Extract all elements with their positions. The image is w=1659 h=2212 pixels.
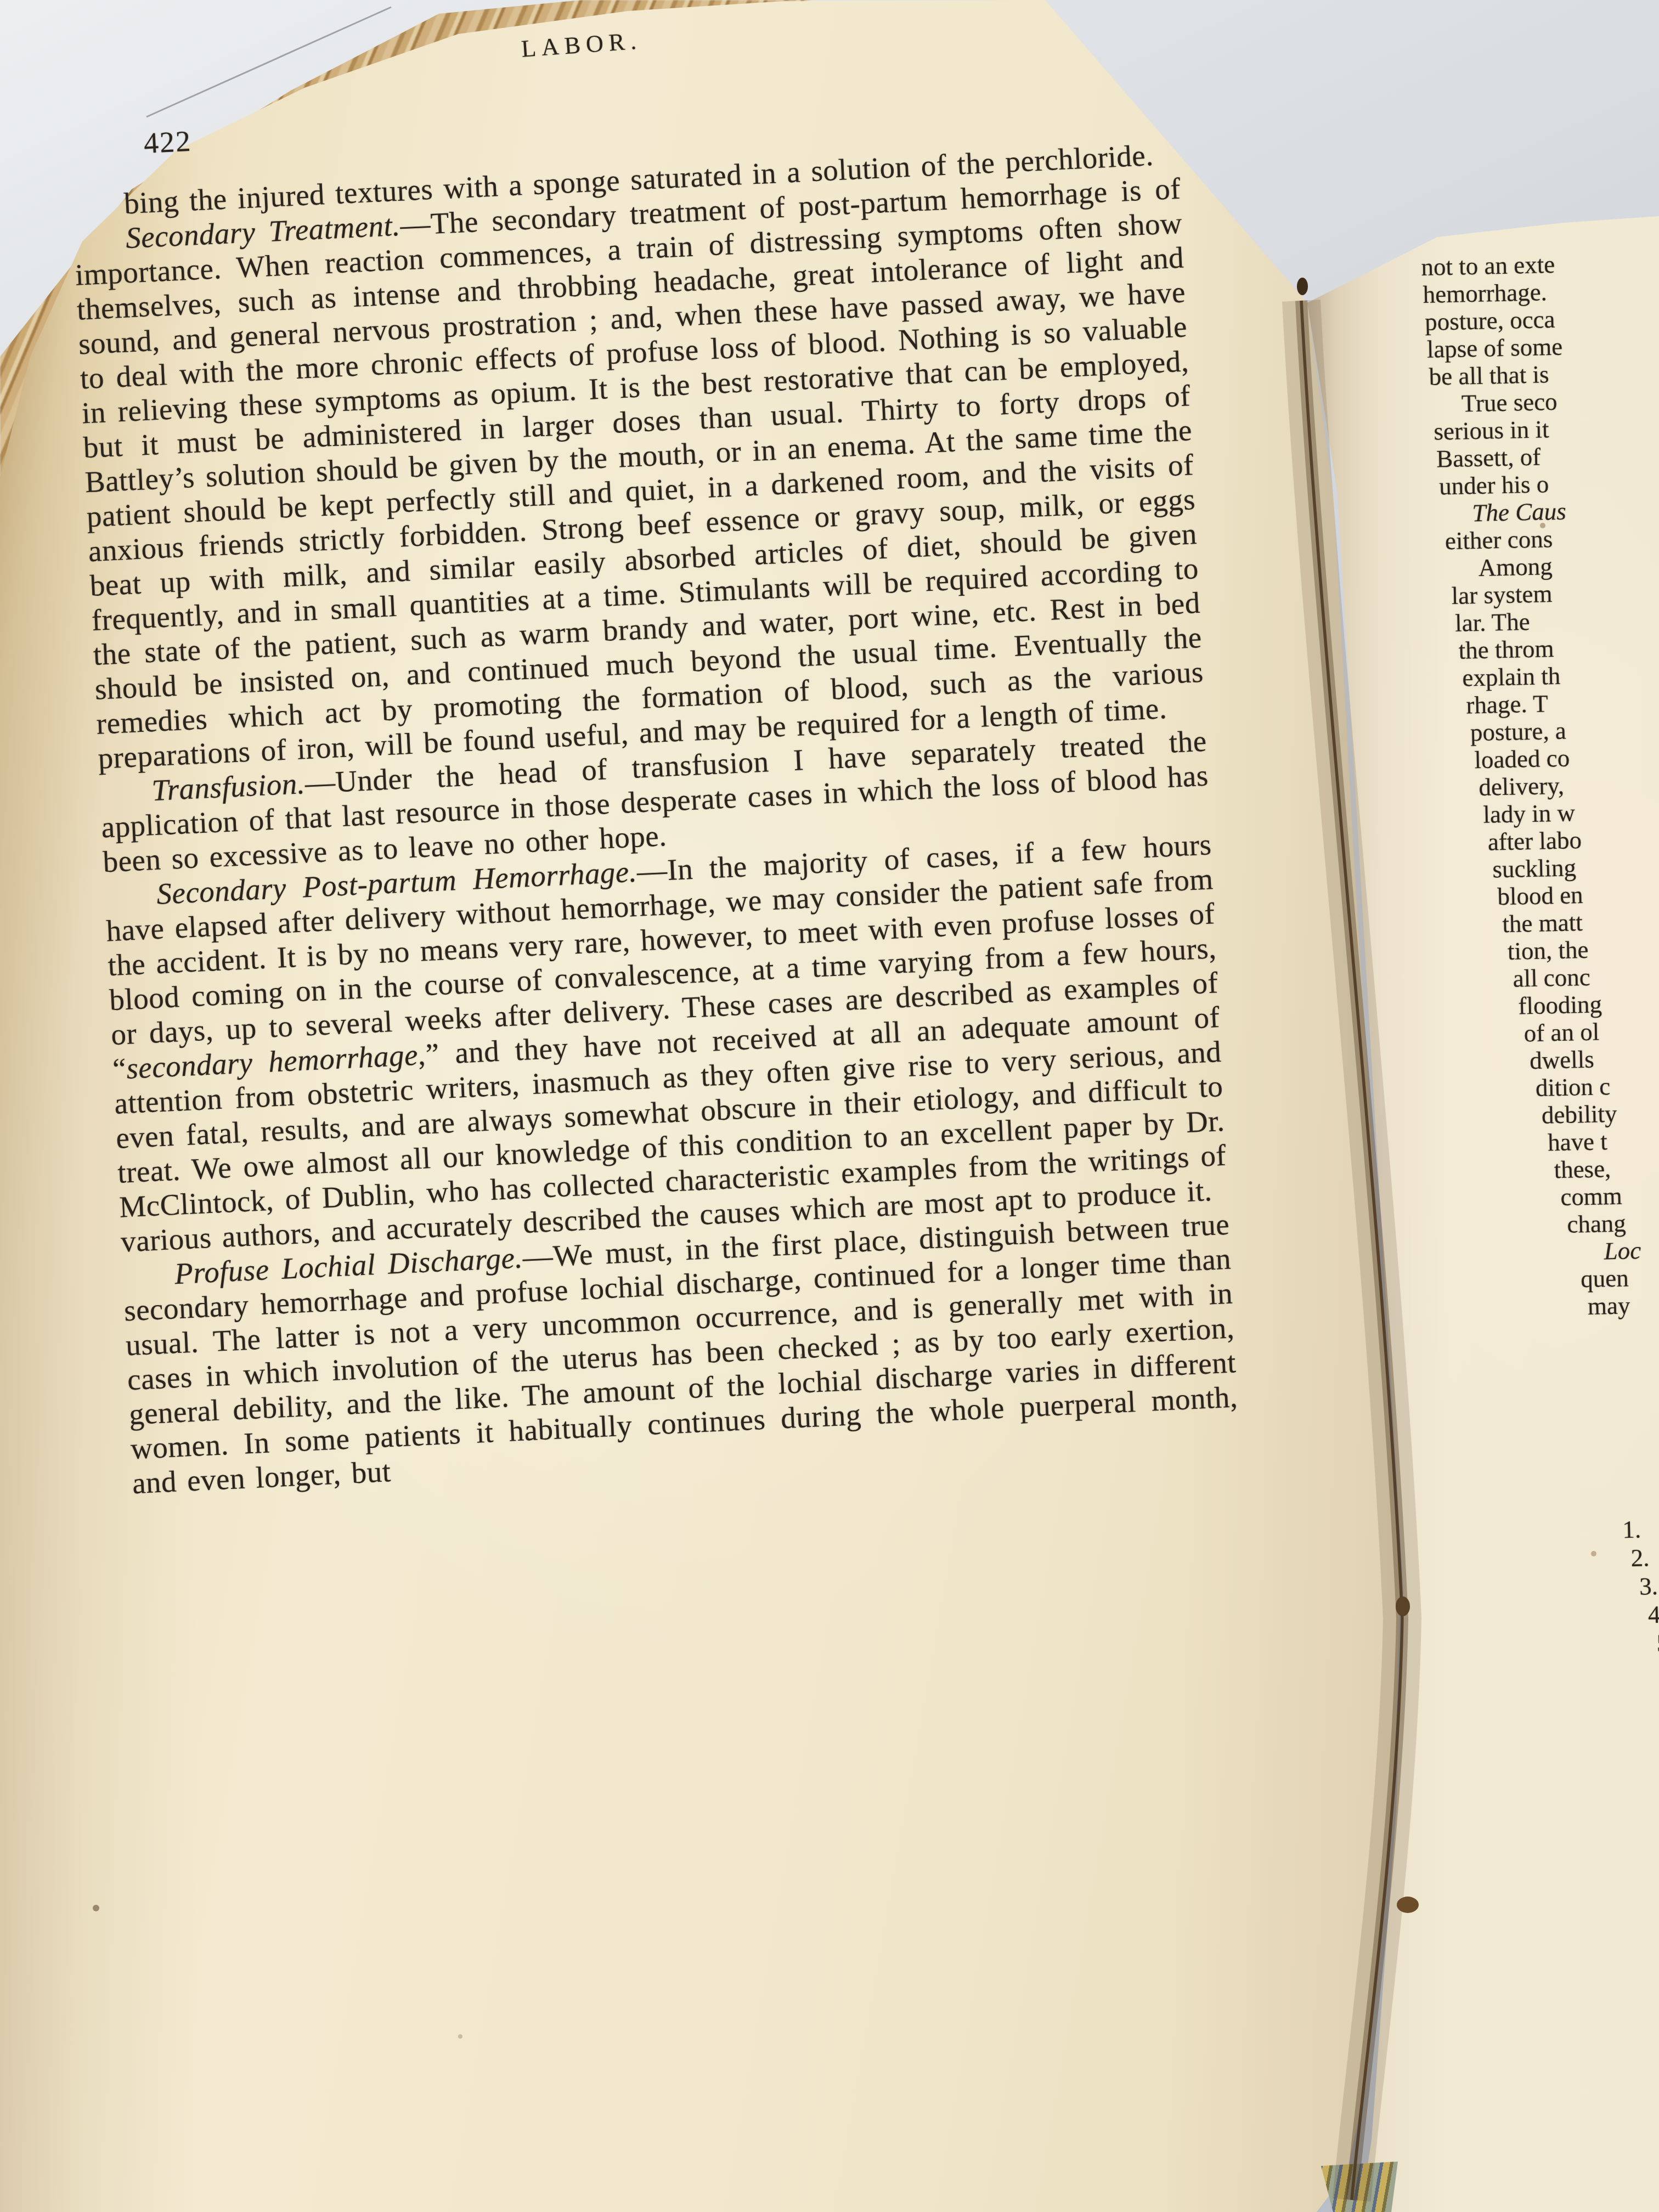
paragraph-text: —The secondary treatment of post-partum … [75, 172, 1204, 775]
text-fragment-line: quen [1581, 1260, 1659, 1293]
surface-scratch [146, 7, 391, 117]
text-fragment-line: chang [1567, 1205, 1659, 1238]
text-fragment-line: these, [1554, 1150, 1659, 1183]
foxing-speck [93, 1905, 99, 1911]
book-photo: { "colors":{ "background_surface":"#c9cd… [0, 0, 1659, 2212]
left-page-text: bing the injured textures with a sponge … [71, 137, 1240, 1500]
right-page-numbered-list: 1. 2. 3. 4. 5 6 7 8 [1421, 1511, 1659, 1748]
seam-knot [1297, 278, 1308, 295]
list-number: 4. [1647, 1597, 1659, 1629]
list-number: 1. [1622, 1511, 1659, 1544]
right-page-text-fragments: not to an exte hemorrhage. posture, occa… [1421, 245, 1659, 1323]
list-number: 5 [1656, 1626, 1659, 1657]
text-fragment-line: debility [1541, 1096, 1659, 1129]
paragraph: Secondary Post-partum Hemorrhage.—In the… [104, 827, 1228, 1259]
paragraph: Secondary Treatment.—The secondary treat… [73, 171, 1206, 776]
list-number: 2. [1630, 1540, 1659, 1572]
paragraph-lead: Transfusion. [151, 766, 306, 807]
list-number: 3. [1639, 1568, 1659, 1600]
text-fragment-line: comm [1560, 1178, 1659, 1211]
foxing-speck [458, 2034, 462, 2039]
text-fragment-line: have t [1548, 1123, 1659, 1156]
page-number: 422 [143, 124, 192, 160]
seam-knot [1396, 1596, 1410, 1616]
seam-hole [1397, 1897, 1419, 1913]
text-fragment-line: may [1587, 1288, 1659, 1320]
